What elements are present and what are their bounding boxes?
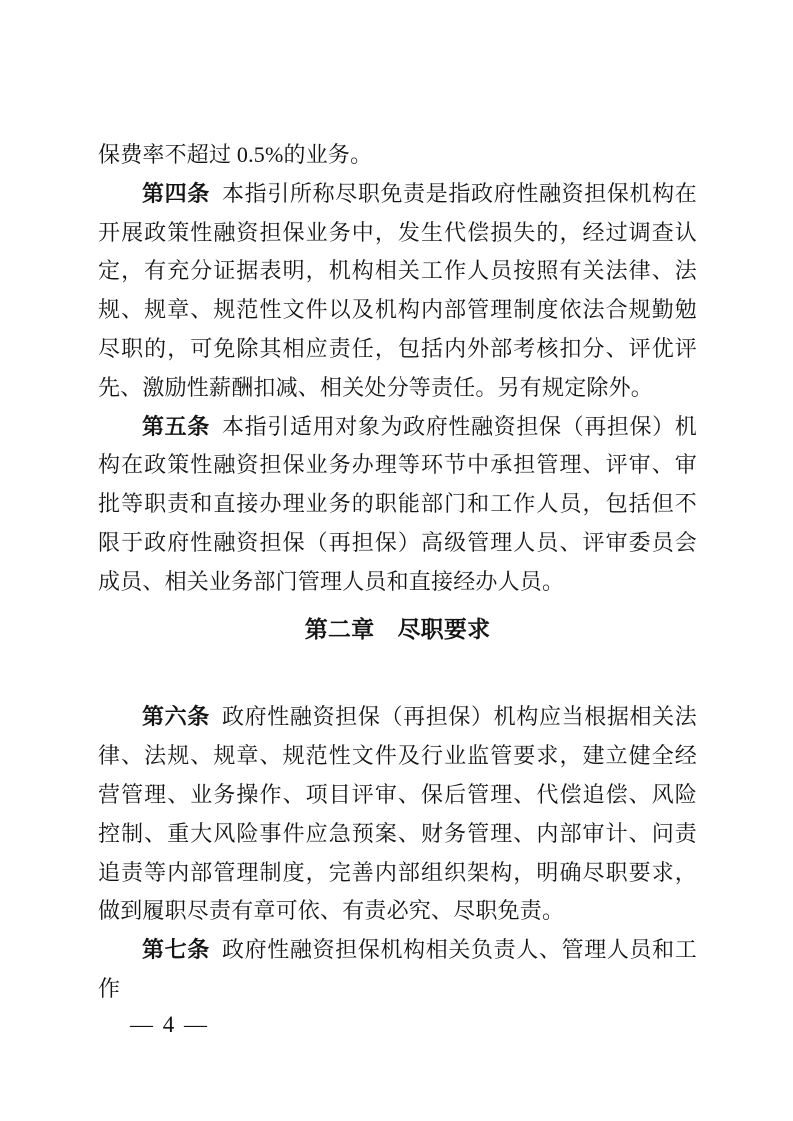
article-paragraph-6: 第六条政府性融资担保（再担保）机构应当根据相关法律、法规、规章、规范性文件及行业… bbox=[98, 698, 697, 931]
article-label: 第六条 bbox=[142, 704, 210, 729]
article-paragraph-5: 第五条本指引适用对象为政府性融资担保（再担保）机构在政策性融资担保业务办理等环节… bbox=[98, 408, 697, 602]
body-text: 保费率不超过 0.5%的业务。 第四条本指引所称尽职免责是指政府性融资担保机构在… bbox=[98, 136, 697, 1009]
article-text: 本指引所称尽职免责是指政府性融资担保机构在开展政策性融资担保业务中，发生代偿损失… bbox=[98, 181, 697, 400]
article-paragraph-4: 第四条本指引所称尽职免责是指政府性融资担保机构在开展政策性融资担保业务中，发生代… bbox=[98, 175, 697, 408]
paragraph-continuation: 保费率不超过 0.5%的业务。 bbox=[98, 136, 697, 175]
page-number: — 4 — bbox=[130, 1012, 209, 1038]
article-paragraph-7: 第七条政府性融资担保机构相关负责人、管理人员和工作 bbox=[98, 931, 697, 1009]
document-page: 保费率不超过 0.5%的业务。 第四条本指引所称尽职免责是指政府性融资担保机构在… bbox=[0, 0, 793, 1121]
article-label: 第四条 bbox=[142, 181, 210, 206]
article-text: 本指引适用对象为政府性融资担保（再担保）机构在政策性融资担保业务办理等环节中承担… bbox=[98, 414, 697, 594]
article-label: 第七条 bbox=[142, 937, 210, 962]
chapter-heading: 第二章 尽职要求 bbox=[98, 610, 697, 649]
article-label: 第五条 bbox=[142, 414, 210, 439]
article-text: 政府性融资担保（再担保）机构应当根据相关法律、法规、规章、规范性文件及行业监管要… bbox=[98, 704, 697, 923]
